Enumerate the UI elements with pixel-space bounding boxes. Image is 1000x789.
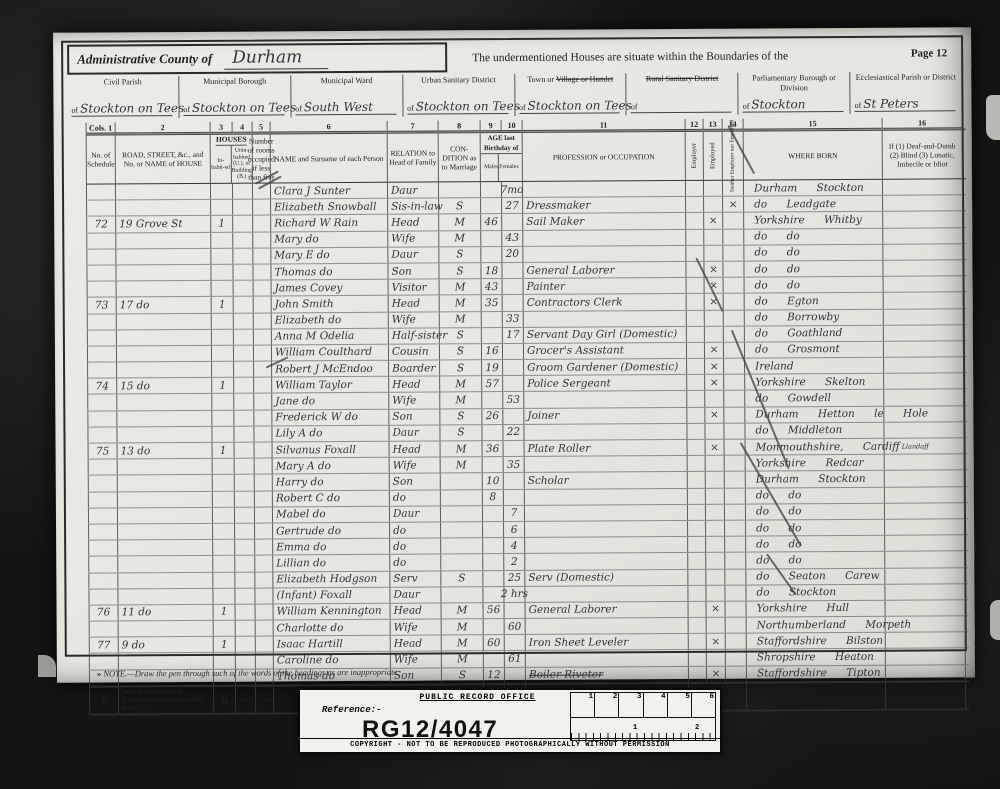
address — [116, 200, 211, 216]
scan-artifact — [38, 655, 56, 677]
age-male — [482, 425, 503, 440]
age-female: 6 — [504, 522, 525, 537]
age-female: 7mo — [502, 182, 523, 197]
schedule-number: 77 — [89, 638, 119, 653]
relation: Wife — [389, 393, 440, 408]
rooms — [253, 248, 271, 263]
mark-neither — [726, 618, 747, 633]
ruler-cm-number: 1 — [633, 724, 637, 732]
mark-employer — [689, 602, 707, 617]
public-record-office-stamp: PUBLIC RECORD OFFICE Reference:- RG12/40… — [298, 688, 722, 754]
occupation: Groom Gardener (Domestic) — [524, 359, 687, 375]
infirmities — [884, 293, 964, 309]
relation: Head — [389, 296, 440, 311]
total-houses-value: 6 — [214, 687, 236, 713]
houses-inhabited — [211, 184, 233, 199]
age-female — [503, 279, 524, 294]
age-male: 57 — [482, 376, 503, 391]
houses-inhabited: 1 — [213, 443, 235, 458]
district-field-label: Municipal Ward — [291, 76, 402, 87]
mark-neither: × — [723, 197, 744, 212]
condition: M — [440, 312, 482, 327]
schedule-number — [88, 508, 118, 523]
age-male — [482, 328, 503, 343]
district-field-value: of St Peters — [855, 96, 956, 112]
occupation: Contractors Clerk — [524, 294, 687, 310]
condition: S — [441, 571, 483, 586]
district-field-value: of Stockton on Tees — [407, 99, 508, 115]
where-born: Yorkshire Whitby — [744, 212, 883, 228]
person-name: Isaac Hartill — [274, 636, 391, 652]
column-number-15: 15 — [744, 118, 883, 130]
column-number-7: 7 — [388, 120, 439, 131]
mark-neither — [723, 213, 744, 228]
where-born: Shropshire Heaton — [747, 649, 886, 665]
schedule-number — [89, 654, 119, 669]
mark-neither — [725, 472, 746, 487]
age-male — [481, 182, 502, 197]
rooms — [256, 621, 274, 636]
mark-employed: × — [707, 634, 726, 649]
where-born: do do — [746, 503, 885, 519]
condition — [441, 587, 483, 602]
page-number: Page 12 — [911, 47, 947, 59]
age-female: 35 — [504, 457, 525, 472]
mark-employed: × — [705, 359, 724, 374]
houses-uninhabited — [236, 604, 256, 619]
person-name: Mary A do — [273, 458, 390, 474]
age-female: 4 — [504, 538, 525, 553]
age-male — [482, 393, 503, 408]
occupation: Sail Maker — [523, 213, 686, 229]
rooms — [256, 604, 274, 619]
mark-employer — [686, 213, 704, 228]
address — [117, 394, 212, 410]
rooms — [255, 459, 273, 474]
schedule-number: 76 — [89, 605, 119, 620]
schedule-number — [88, 573, 118, 588]
mark-employed: × — [705, 407, 724, 422]
address: 9 do — [119, 637, 214, 653]
houses-inhabited: 1 — [214, 605, 236, 620]
address — [116, 232, 211, 248]
occupation — [525, 489, 688, 505]
houses-uninhabited — [233, 232, 253, 247]
houses-inhabited — [212, 427, 234, 442]
houses-inhabited — [212, 329, 234, 344]
age-male — [484, 619, 505, 634]
address — [118, 589, 213, 605]
relation: Visitor — [389, 280, 440, 295]
houses-uninhabited — [236, 637, 256, 652]
address — [118, 508, 213, 524]
header-condition: CON-DITION as to Marriage — [439, 133, 481, 181]
houses-inhabited — [213, 556, 235, 571]
age-male: 8 — [483, 490, 504, 505]
schedule-number — [86, 201, 116, 216]
mark-neither — [723, 262, 744, 277]
person-name: Charlotte do — [274, 620, 391, 636]
infirmities — [884, 325, 964, 341]
rooms — [255, 556, 273, 571]
person-name: William Taylor — [272, 377, 389, 393]
condition: S — [440, 409, 482, 424]
mark-neither — [725, 456, 746, 471]
condition — [441, 474, 483, 489]
mark-employer — [688, 472, 706, 487]
age-male: 35 — [482, 295, 503, 310]
where-born: Yorkshire Hull — [747, 601, 886, 617]
age-male: 36 — [483, 441, 504, 456]
mark-neither — [723, 229, 744, 244]
district-field-value: of Stockton on Tees — [71, 101, 172, 117]
district-field-6: Parliamentary Borough or Divisionof Stoc… — [738, 72, 850, 115]
age-male — [481, 231, 502, 246]
schedule-number — [86, 249, 116, 264]
header-occupation: PROFESSION or OCCUPATION — [523, 132, 686, 181]
occupation: Painter — [524, 278, 687, 294]
age-female — [505, 635, 526, 650]
relation: do — [390, 522, 441, 537]
schedule-number — [88, 541, 118, 556]
schedule-number — [88, 524, 118, 539]
houses-inhabited: 1 — [212, 378, 234, 393]
houses-uninhabited — [234, 426, 254, 441]
schedule-number — [87, 427, 117, 442]
district-field-value: of South West — [295, 100, 396, 116]
rooms — [253, 264, 271, 279]
relation: Daur — [390, 587, 441, 602]
column-number-10: 10 — [502, 120, 523, 131]
person-name: Harry do — [273, 474, 390, 490]
where-born: do do — [746, 536, 885, 552]
district-fields-row: Civil Parishof Stockton on TeesMunicipal… — [67, 71, 961, 118]
copyright-notice: COPYRIGHT - NOT TO BE REPRODUCED PHOTOGR… — [300, 738, 720, 752]
condition: S — [439, 263, 481, 278]
condition — [441, 538, 483, 553]
person-name: Elizabeth do — [272, 312, 389, 328]
mark-employed — [704, 181, 723, 196]
mark-employer — [687, 343, 705, 358]
person-name: Robert C do — [273, 490, 390, 506]
schedule-number — [87, 395, 117, 410]
mark-employed — [706, 553, 725, 568]
houses-inhabited: 1 — [214, 637, 236, 652]
schedule-number: 73 — [87, 298, 117, 313]
column-number-12: 12 — [686, 119, 704, 130]
rooms — [254, 426, 272, 441]
infirmities — [884, 374, 964, 390]
schedule-number — [86, 265, 116, 280]
relation: Daur — [390, 506, 441, 521]
houses-uninhabited — [234, 313, 254, 328]
age-female — [503, 344, 524, 359]
district-field-7: Ecclesiastical Parish or Districtof St P… — [849, 71, 961, 114]
district-field-value: of — [631, 98, 732, 114]
infirmities — [886, 600, 966, 616]
occupation — [525, 505, 688, 521]
relation: Daur — [388, 247, 439, 262]
header-infirmities: If (1) Deaf-and-Dumb (2) Blind (3) Lunat… — [883, 130, 963, 178]
address — [118, 459, 213, 475]
houses-inhabited — [213, 524, 235, 539]
mark-neither — [724, 375, 745, 390]
address — [117, 281, 212, 297]
infirmities — [885, 471, 965, 487]
mark-neither — [725, 537, 746, 552]
mark-neither — [726, 601, 747, 616]
age-female — [505, 603, 526, 618]
age-female — [502, 214, 523, 229]
person-name: Gertrude do — [273, 523, 390, 539]
rooms — [254, 410, 272, 425]
column-number-5: 5 — [253, 121, 271, 132]
where-born: Northumberland Morpeth — [747, 617, 886, 633]
relation: Head — [391, 603, 442, 618]
houses-uninhabited — [235, 524, 255, 539]
houses-uninhabited — [235, 491, 255, 506]
mark-employed — [706, 472, 725, 487]
rooms — [254, 313, 272, 328]
houses-uninhabited — [235, 443, 255, 458]
mark-employer — [687, 407, 705, 422]
houses-inhabited: 1 — [212, 297, 234, 312]
census-table: Cols. 12345678910111213141516 No. of Sch… — [86, 117, 970, 715]
infirmities — [885, 535, 965, 551]
infirmities — [885, 454, 965, 470]
houses-inhabited — [212, 394, 234, 409]
where-born: do Seaton Carew — [746, 568, 885, 584]
houses-inhabited — [213, 507, 235, 522]
occupation — [524, 391, 687, 407]
age-male: 46 — [481, 214, 502, 229]
mark-employed: × — [705, 375, 724, 390]
mark-employed — [705, 310, 724, 325]
mark-employed — [705, 326, 724, 341]
address — [118, 556, 213, 572]
total-rooms: – — [256, 686, 274, 712]
mark-employer — [687, 327, 705, 342]
rooms — [255, 588, 273, 603]
infirmities — [884, 357, 964, 373]
age-male: 10 — [483, 473, 504, 488]
address — [116, 265, 211, 281]
age-male: 43 — [482, 279, 503, 294]
mark-neither — [724, 423, 745, 438]
age-female — [505, 668, 526, 683]
houses-uninhabited — [233, 184, 253, 199]
relation: Daur — [388, 182, 439, 197]
mark-neither — [725, 585, 746, 600]
person-name: Clara J Sunter — [271, 183, 388, 199]
age-male: 60 — [484, 635, 505, 650]
age-male: 56 — [484, 603, 505, 618]
address — [116, 184, 211, 200]
header-employed: Employed — [704, 132, 723, 180]
rooms — [253, 216, 271, 231]
mark-employed: × — [704, 213, 723, 228]
occupation: Serv (Domestic) — [525, 569, 688, 585]
houses-uninhabited — [234, 362, 254, 377]
mark-employed — [707, 650, 726, 665]
condition: S — [442, 668, 484, 683]
column-number-3: 3 — [211, 122, 233, 133]
district-field-label: Municipal Borough — [179, 76, 290, 87]
person-name: Lillian do — [273, 555, 390, 571]
occupation — [526, 618, 689, 634]
age-female — [504, 489, 525, 504]
infirmities — [883, 179, 963, 195]
mark-neither — [724, 310, 745, 325]
relation: Son — [388, 263, 439, 278]
houses-uninhabited — [234, 345, 254, 360]
occupation: Joiner — [524, 408, 687, 424]
where-born: Monmouthshire, CardiffLlandaff — [746, 439, 885, 455]
houses-uninhabited — [235, 540, 255, 555]
houses-uninhabited — [233, 265, 253, 280]
condition: M — [442, 603, 484, 618]
district-field-2: Municipal Wardof South West — [290, 75, 402, 118]
mark-employed — [704, 229, 723, 244]
houses-inhabited — [212, 410, 234, 425]
age-male — [483, 554, 504, 569]
mark-employer — [688, 521, 706, 536]
mark-employer — [688, 553, 706, 568]
address — [118, 475, 213, 491]
houses-inhabited — [212, 346, 234, 361]
district-field-1: Municipal Boroughof Stockton on Tees — [178, 75, 290, 118]
occupation — [525, 456, 688, 472]
relation: do — [390, 539, 441, 554]
houses-inhabited — [212, 362, 234, 377]
mark-employed — [706, 569, 725, 584]
mark-neither — [724, 359, 745, 374]
district-field-0: Civil Parishof Stockton on Tees — [67, 76, 178, 119]
district-field-label: Rural Sanitary District — [627, 74, 738, 85]
condition: M — [440, 376, 482, 391]
person-name: Mary E do — [271, 248, 388, 264]
occupation: General Laborer — [523, 262, 686, 278]
mark-neither — [725, 504, 746, 519]
address — [117, 362, 212, 378]
infirmities — [885, 552, 965, 568]
relation: Wife — [391, 652, 442, 667]
rooms — [256, 637, 274, 652]
address — [118, 524, 213, 540]
occupation: Dressmaker — [523, 197, 686, 213]
condition: M — [441, 457, 483, 472]
where-born: Yorkshire Redcar — [746, 455, 885, 471]
column-number-9: 9 — [481, 120, 502, 131]
occupation: Boiler Riveter — [526, 667, 689, 683]
schedule-number: 74 — [87, 379, 117, 394]
mark-neither — [725, 521, 746, 536]
condition — [439, 182, 481, 197]
schedule-number: 75 — [88, 443, 118, 458]
district-field-5: Rural Sanitary Districtof — [626, 73, 738, 116]
mark-employer — [687, 375, 705, 390]
where-born: do Grosmont — [745, 342, 884, 358]
infirmities — [883, 195, 963, 211]
houses-inhabited — [213, 588, 235, 603]
age-male — [483, 538, 504, 553]
condition: S — [439, 198, 481, 213]
district-field-value: of Stockton — [743, 97, 844, 113]
mark-employer — [687, 278, 705, 293]
houses-inhabited — [211, 232, 233, 247]
houses-inhabited — [213, 491, 235, 506]
ruler-inch-mark: 2 — [594, 693, 618, 717]
occupation: Iron Sheet Leveler — [526, 634, 689, 650]
where-born: Yorkshire Skelton — [745, 374, 884, 390]
houses-uninhabited — [236, 653, 256, 668]
occupation: Police Sergeant — [524, 375, 687, 391]
relation: Serv — [390, 571, 441, 586]
schedule-number — [87, 282, 117, 297]
age-female: 25 — [504, 570, 525, 585]
where-born: do Goathland — [745, 325, 884, 341]
houses-uninhabited — [236, 621, 256, 636]
mark-employed: × — [706, 440, 725, 455]
mark-employer — [689, 650, 707, 665]
relation: Head — [389, 377, 440, 392]
header-road: ROAD, STREET, &c., and No. or NAME of HO… — [116, 135, 211, 184]
column-number-13: 13 — [704, 119, 723, 130]
address — [118, 491, 213, 507]
houses-uninhabited — [233, 216, 253, 231]
address — [117, 313, 212, 329]
houses-inhabited — [214, 653, 236, 668]
mark-employed — [706, 504, 725, 519]
column-number-8: 8 — [439, 120, 481, 131]
ruler-inch-mark: 3 — [618, 693, 642, 717]
mark-employed: × — [705, 343, 724, 358]
address: 11 do — [119, 605, 214, 621]
occupation: General Laborer — [526, 602, 689, 618]
houses-inhabited — [214, 621, 236, 636]
houses-uninhabited — [234, 281, 254, 296]
mark-employer — [688, 586, 706, 601]
rooms — [255, 491, 273, 506]
age-male: 26 — [482, 409, 503, 424]
ruler-cm-number: 2 — [695, 724, 699, 732]
mark-employer — [689, 666, 707, 681]
footnote: » NOTE.—Draw the pen through such of the… — [97, 667, 399, 679]
rooms — [253, 232, 271, 247]
age-female: 2 hrs — [504, 587, 525, 602]
age-female: 43 — [502, 231, 523, 246]
ruler-inch-mark: 5 — [667, 693, 691, 717]
mark-employed — [705, 391, 724, 406]
rooms — [255, 572, 273, 587]
infirmities — [885, 438, 965, 454]
infirmities — [884, 422, 964, 438]
address — [116, 249, 211, 265]
address: 13 do — [118, 443, 213, 459]
header-houses-group: HOUSESIn-habit-edUnin-habited (U.), or B… — [211, 135, 253, 183]
relation: Head — [390, 441, 441, 456]
infirmities — [883, 260, 963, 276]
where-born: Staffordshire Bilston — [747, 633, 886, 649]
mark-employer — [689, 634, 707, 649]
mark-employer — [687, 359, 705, 374]
age-male: 19 — [482, 360, 503, 375]
relation: Head — [391, 636, 442, 651]
rooms — [255, 442, 273, 457]
person-name: Lily A do — [272, 426, 389, 442]
mark-employer — [688, 488, 706, 503]
address — [119, 653, 214, 669]
